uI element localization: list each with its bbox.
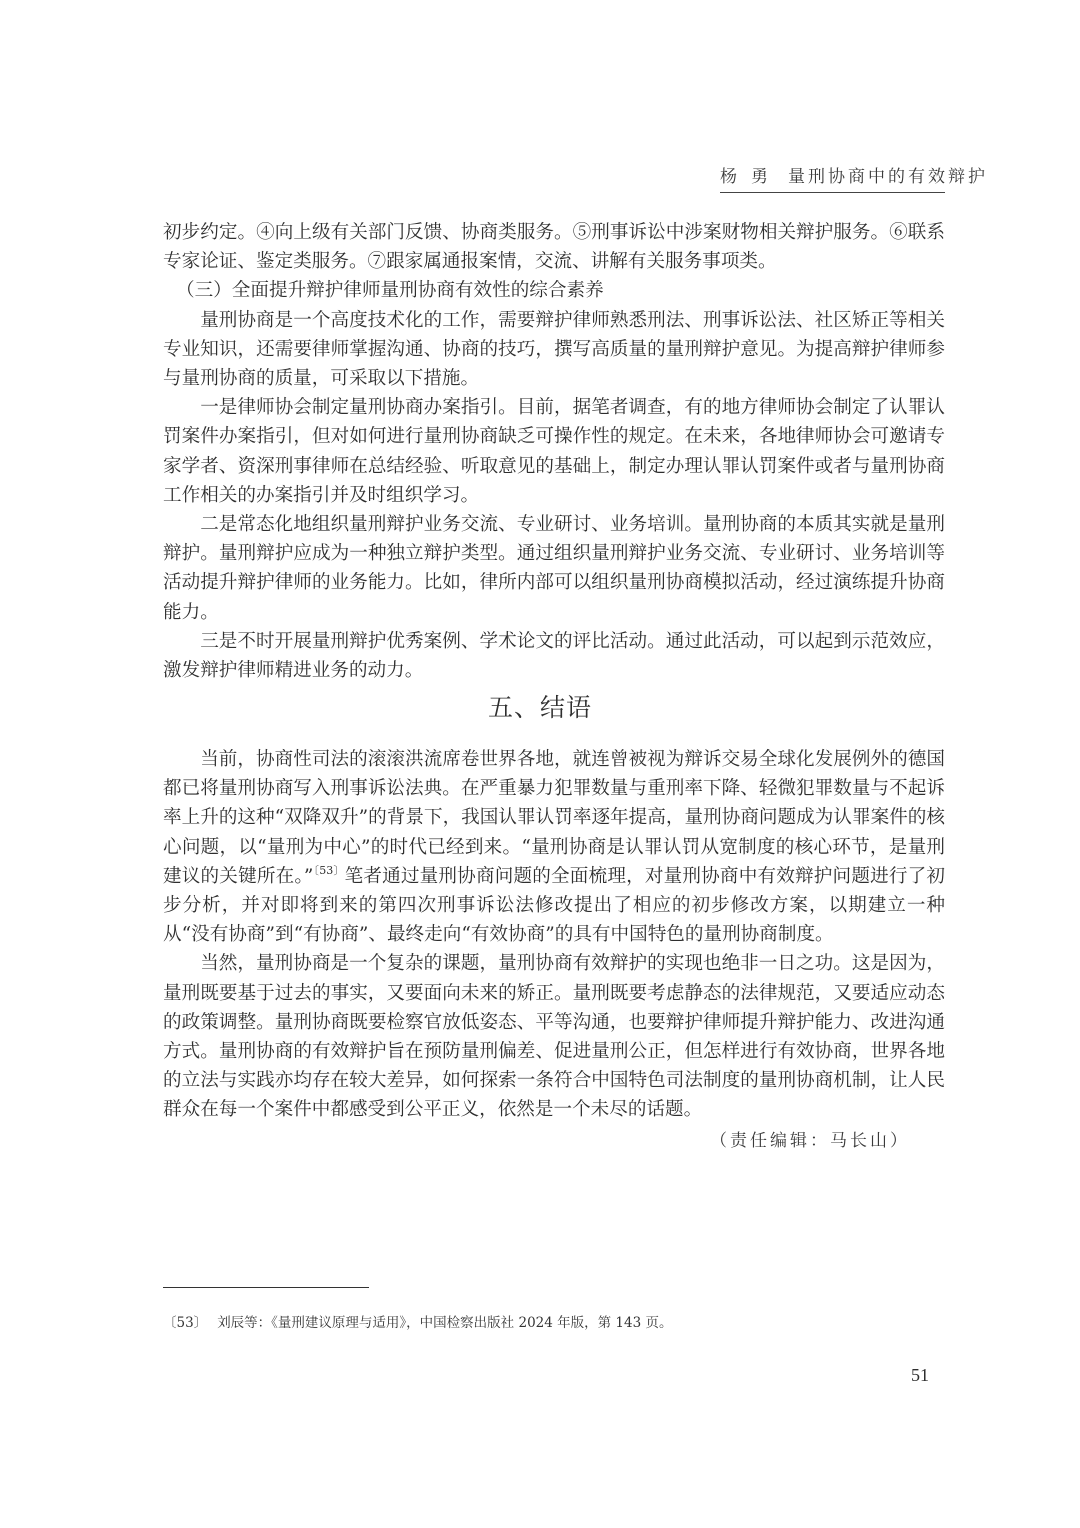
body-paragraph: 二是常态化地组织量刑辩护业务交流、专业研讨、业务培训。量刑协商的本质其实就是量刑… — [163, 510, 945, 627]
footnote-number: 〔53〕 — [163, 1315, 207, 1331]
body-paragraph: 三是不时开展量刑辩护优秀案例、学术论文的评比活动。通过此活动，可以起到示范效应，… — [163, 627, 945, 685]
body-paragraph: 量刑协商是一个高度技术化的工作，需要辩护律师熟悉刑法、刑事诉讼法、社区矫正等相关… — [163, 306, 945, 394]
conclusion-paragraph: 当前，协商性司法的滚滚洪流席卷世界各地，就连曾被视为辩诉交易全球化发展例外的德国… — [163, 745, 945, 949]
conclusion-paragraph: 当然，量刑协商是一个复杂的课题，量刑协商有效辩护的实现也绝非一日之功。这是因为，… — [163, 949, 945, 1124]
continued-paragraph: 初步约定。④向上级有关部门反馈、协商类服务。⑤刑事诉讼中涉案财物相关辩护服务。⑥… — [163, 218, 945, 276]
body-paragraph: 一是律师协会制定量刑协商办案指引。目前，据笔者调查，有的地方律师协会制定了认罪认… — [163, 393, 945, 510]
running-header: 杨勇量刑协商中的有效辩护 — [720, 162, 945, 193]
page-number: 51 — [911, 1365, 929, 1386]
journal-page: 杨勇量刑协商中的有效辩护 初步约定。④向上级有关部门反馈、协商类服务。⑤刑事诉讼… — [0, 0, 1080, 1528]
conclusion-section: 当前，协商性司法的滚滚洪流席卷世界各地，就连曾被视为辩诉交易全球化发展例外的德国… — [163, 745, 945, 1125]
section-continued: 初步约定。④向上级有关部门反馈、协商类服务。⑤刑事诉讼中涉案财物相关辩护服务。⑥… — [163, 218, 945, 685]
footnote-divider — [163, 1287, 369, 1288]
header-author: 杨勇 — [720, 167, 782, 187]
subsection-heading: （三）全面提升辩护律师量刑协商有效性的综合素养 — [163, 276, 945, 305]
footnote-reference-53[interactable]: 〔53〕 — [313, 864, 344, 877]
footnote-text: 刘辰等：《量刑建议原理与适用》，中国检察出版社 2024 年版，第 143 页。 — [217, 1315, 672, 1331]
section-title-conclusion: 五、结语 — [0, 688, 1080, 724]
header-article-title: 量刑协商中的有效辩护 — [788, 167, 988, 187]
footnote-53: 〔53〕刘辰等：《量刑建议原理与适用》，中国检察出版社 2024 年版，第 14… — [163, 1311, 672, 1331]
editor-note: （责任编辑：马长山） — [710, 1126, 910, 1151]
